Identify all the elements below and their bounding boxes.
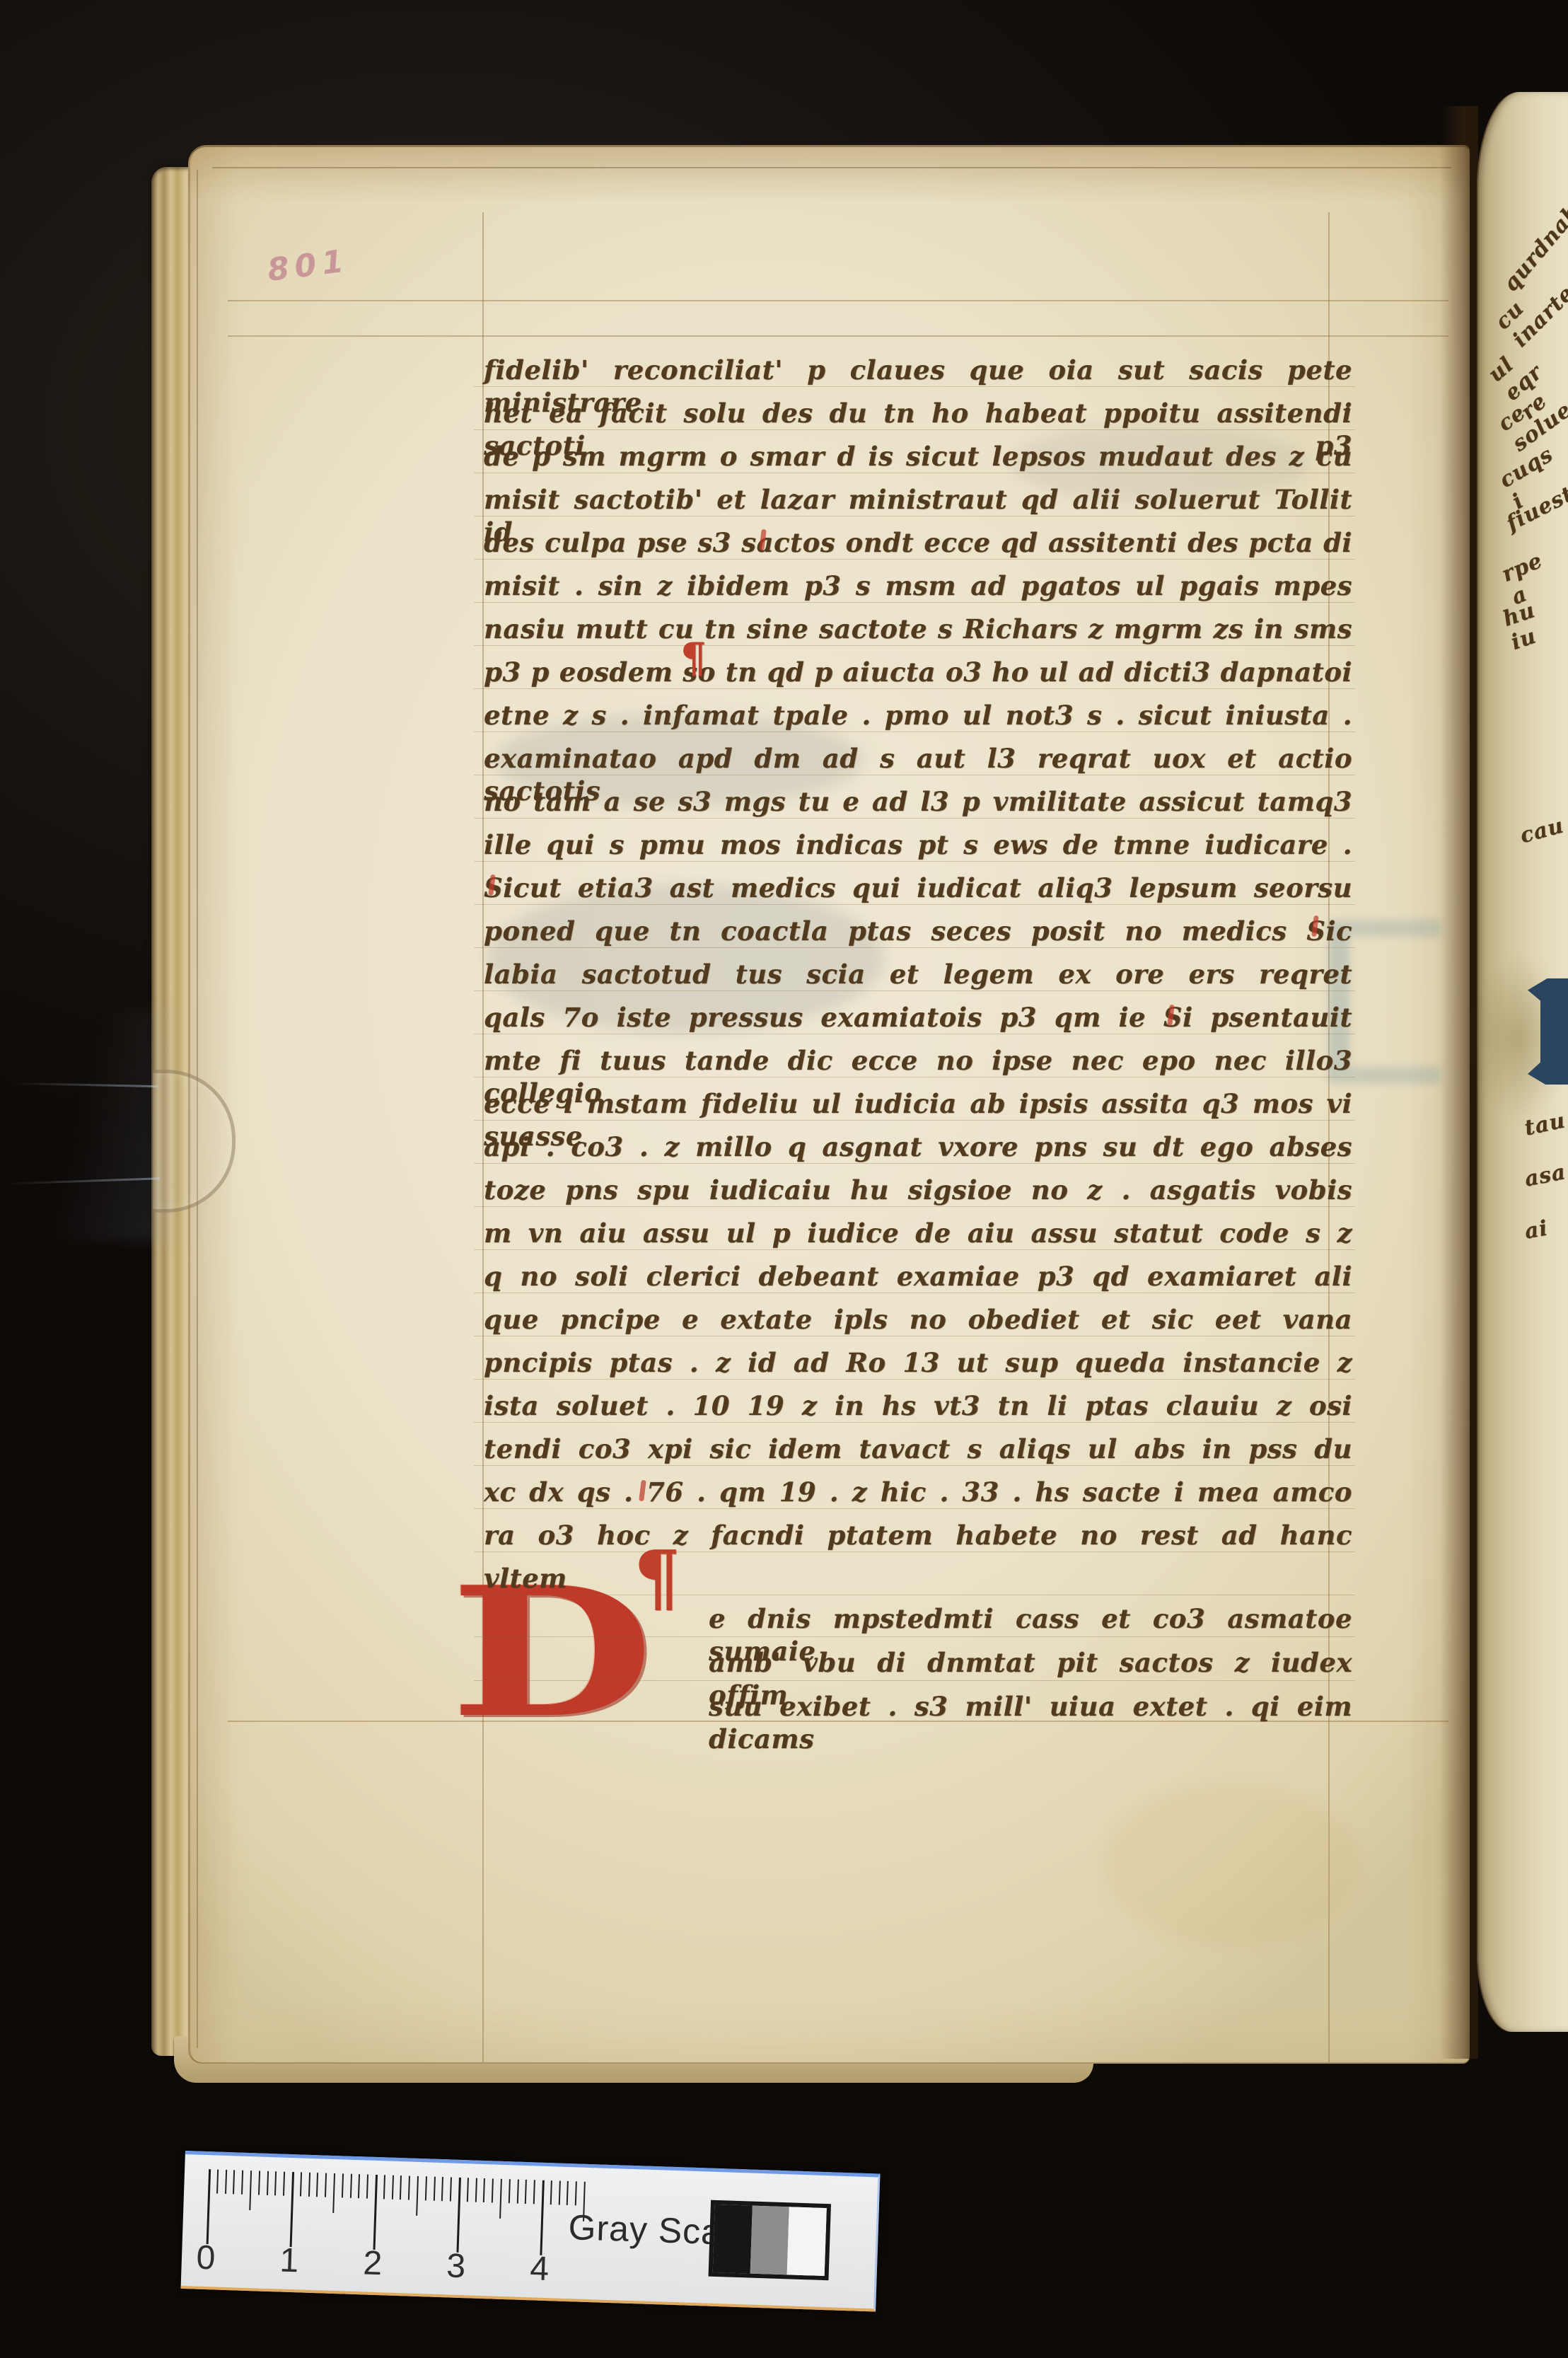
manuscript-text-line: het ea facit solu des du tn ho habeat pp…: [484, 397, 1352, 434]
ruler-tick: [492, 2178, 494, 2202]
ruler-tick: [258, 2171, 260, 2195]
ruler-tick: [366, 2175, 368, 2199]
ruled-margin-line: [228, 300, 1448, 301]
manuscript-text-line: xc dx qs . 76 . qm 19 . z hic . 33 . hs …: [484, 1476, 1352, 1513]
ruler-tick: [241, 2171, 243, 2195]
ruler-tick: [540, 2180, 545, 2255]
ruler-number: 3: [440, 2246, 472, 2286]
ruler-tick: [249, 2171, 252, 2210]
ruler-tick: [350, 2174, 352, 2198]
ruler-tick: [425, 2176, 427, 2200]
ruler-tick: [433, 2177, 435, 2201]
ruler-tick: [509, 2179, 511, 2203]
ruler-number: 4: [523, 2249, 556, 2289]
ruler-tick: [216, 2170, 219, 2194]
rubric-text-line: suu exibet . s3 mill' uiua extet . qi ei…: [709, 1690, 1352, 1727]
ruler-tick: [274, 2171, 277, 2195]
ruler-tick: [325, 2173, 327, 2197]
ruler-tick: [456, 2178, 461, 2253]
ruler-tick: [450, 2177, 452, 2201]
manuscript-text-line: p3 p eosdem so tn qd p aiucta o3 ho ul a…: [484, 656, 1352, 693]
ruled-text-line: [474, 1595, 1355, 1595]
ruler-tick: [475, 2178, 477, 2202]
ruler-tick: [225, 2170, 227, 2194]
rubric-text-line: e dnis mpstedmti cass et co3 asmatoe sum…: [709, 1602, 1352, 1639]
ruler-tick: [383, 2175, 385, 2199]
calibration-ruler-card: Gray Scale 01234: [181, 2151, 881, 2311]
ruler-tick: [441, 2177, 443, 2201]
manuscript-text-line: labia sactotud tus scia et legem ex ore …: [484, 958, 1352, 995]
manuscript-text-line: qals 7o iste pressus examiatois p3 qm ie…: [484, 1001, 1352, 1038]
ruler-number: 1: [273, 2241, 306, 2280]
manuscript-photograph: 801 D Gray Scale 01234 fidelib' reconcil…: [0, 0, 1568, 2358]
ruler-tick: [373, 2175, 378, 2250]
ruler-tick: [550, 2180, 552, 2204]
ruler-tick: [483, 2178, 485, 2202]
manuscript-text-line: ra o3 hoc z facndi ptatem habete no rest…: [484, 1519, 1352, 1556]
ruler-tick: [358, 2174, 360, 2198]
manuscript-text-line: poned que tn coactla ptas seces posit no…: [484, 915, 1352, 952]
ruler-tick: [467, 2178, 469, 2202]
ruler-tick: [499, 2179, 502, 2219]
ruler-tick: [332, 2173, 335, 2213]
ruler-tick: [516, 2180, 518, 2204]
red-paraph-mark: ¶: [634, 1534, 680, 1621]
manuscript-text-line: tendi co3 xpi sic idem tavact s aliqs ul…: [484, 1433, 1352, 1469]
ruler-tick: [316, 2173, 318, 2197]
manuscript-text-line: misit . sin z ibidem p3 s msm ad pgatos …: [484, 570, 1352, 606]
parchment-stain: [1103, 1783, 1358, 1946]
ruler-tick: [400, 2175, 402, 2200]
gray-scale-patch: [787, 2207, 827, 2276]
ruler-tick: [416, 2176, 419, 2216]
ruler-tick: [290, 2172, 295, 2247]
manuscript-text-line: examinatao apd dm ad s aut l3 reqrat uox…: [484, 742, 1352, 779]
gutter-shadow: [1440, 106, 1478, 2059]
ruled-margin-line: [228, 335, 1448, 337]
ruler-tick: [408, 2176, 410, 2200]
manuscript-text-line: etne z s . infamat tpale . pmo ul not3 s…: [484, 699, 1352, 736]
manuscript-text-line: ecce i mstam fideliu ul iudicia ab ipsis…: [484, 1087, 1352, 1124]
manuscript-text-line: no tam a se s3 mgs tu e ad l3 p vmilitat…: [484, 785, 1352, 822]
ruler-tick: [575, 2181, 577, 2205]
ruler-tick: [558, 2181, 560, 2205]
gray-scale-patches: [709, 2200, 831, 2281]
manuscript-text-line: toze pns spu iudicaiu hu sigsioe no z . …: [484, 1174, 1352, 1210]
manuscript-text-line: nasiu mutt cu tn sine sactote s Richars …: [484, 613, 1352, 649]
gray-scale-patch: [750, 2206, 789, 2275]
ruler-tick: [525, 2180, 527, 2204]
ruler-tick: [300, 2172, 302, 2196]
ruler-number: 2: [356, 2243, 389, 2283]
manuscript-text-line: pncipis ptas . z id ad Ro 13 ut sup qued…: [484, 1346, 1352, 1383]
manuscript-text-line: misit sactotib' et lazar ministraut qd a…: [484, 483, 1352, 520]
strap-reflection: [0, 1008, 173, 1242]
manuscript-text-line: ista soluet . 10 19 z in hs vt3 tn li pt…: [484, 1389, 1352, 1426]
ruler-tick: [207, 2169, 211, 2244]
gray-scale-patch: [713, 2204, 753, 2274]
manuscript-text-line: mte fi tuus tande dic ecce no ipse nec e…: [484, 1044, 1352, 1081]
ruler-number: 0: [190, 2238, 222, 2277]
manuscript-text-line: m vn aiu assu ul p iudice de aiu assu st…: [484, 1217, 1352, 1254]
manuscript-text-line: api . co3 . z millo q asgnat vxore pns s…: [484, 1131, 1352, 1167]
ruler-tick: [391, 2175, 393, 2200]
ruler-tick: [342, 2173, 344, 2197]
ruler-tick: [567, 2181, 569, 2205]
manuscript-text-line: de p sm mgrm o smar d is sicut lepsos mu…: [484, 440, 1352, 477]
manuscript-text-line: que pncipe e extate ipls no obediet et s…: [484, 1303, 1352, 1340]
manuscript-text-line: q no soli clerici debeant examiae p3 qd …: [484, 1260, 1352, 1297]
red-paraph-mark: ¶: [680, 634, 707, 682]
manuscript-text-line: vltem: [484, 1562, 567, 1599]
manuscript-text-line: Sicut etia3 ast medics qui iudicat aliq3…: [484, 872, 1352, 908]
ruler-tick: [308, 2173, 310, 2197]
manuscript-text-line: des culpa pse s3 sactos ondt ecce qd ass…: [484, 526, 1352, 563]
ruler-tick: [533, 2180, 535, 2204]
ruler-tick: [283, 2172, 285, 2196]
ruler-tick: [233, 2170, 235, 2194]
manuscript-text-line: fidelib' reconciliat' p claues que oia s…: [484, 354, 1352, 391]
facing-page-text-fragment: ai: [1523, 1216, 1550, 1244]
manuscript-text-line: ille qui s pmu mos indicas pt s ews de t…: [484, 828, 1352, 865]
rubric-text-line: amb' vbu di dnmtat pit sactos z iudex of…: [709, 1646, 1352, 1683]
page-inner-edge-top: [212, 167, 1451, 168]
ruler-tick: [267, 2171, 269, 2195]
